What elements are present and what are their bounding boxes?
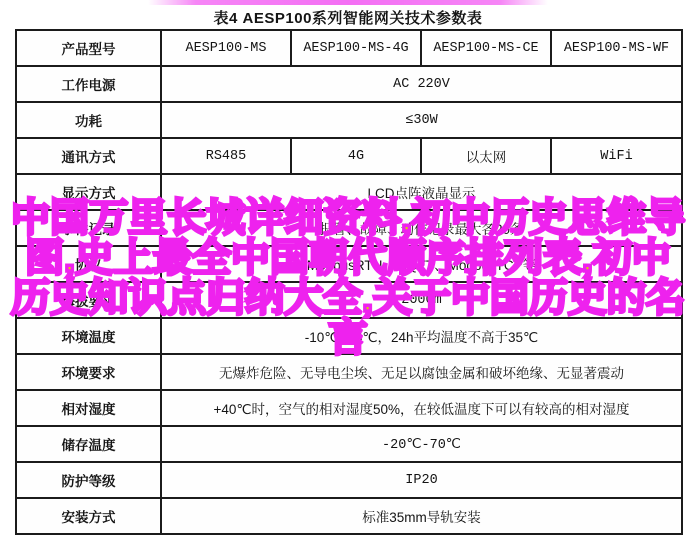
table-row: 显示方式 LCD点阵液晶显示 (16, 174, 682, 210)
spec-table: 产品型号 AESP100-MS AESP100-MS-4G AESP100-MS… (15, 29, 683, 535)
table-row: 安装方式 标准35mm导轨安装 (16, 498, 682, 534)
cell-value: AC 220V (161, 66, 682, 102)
table-row: 功耗 ≤30W (16, 102, 682, 138)
cell-value: 标准35mm导轨安装 (161, 498, 682, 534)
cell-value: ≤30W (161, 102, 682, 138)
cell-value: 4G (291, 138, 421, 174)
row-label: 工作电源 (16, 66, 161, 102)
cell-value: AESP100-MS-WF (551, 30, 682, 66)
cell-value: AESP100-MS-CE (421, 30, 551, 66)
cell-value: +40℃时，空气的相对湿度50%，在较低温度下可以有较高的相对湿度 (161, 390, 682, 426)
table-row: 相对湿度 +40℃时，空气的相对湿度50%，在较低温度下可以有较高的相对湿度 (16, 390, 682, 426)
table-row: 储存温度 -20℃-70℃ (16, 426, 682, 462)
row-label: 显示方式 (16, 174, 161, 210)
page-title: 表4 AESP100系列智能网关技术参数表 (0, 7, 696, 28)
cell-value: 以太网 (421, 138, 551, 174)
table-row: 环境温度 -10℃~45℃，24h平均温度不高于35℃ (16, 318, 682, 354)
table-row: 海拔要求 2000m (16, 282, 682, 318)
cell-value: 2000m (161, 282, 682, 318)
row-label: 事件记录 (16, 210, 161, 246)
cell-value: LCD点阵液晶显示 (161, 174, 682, 210)
cell-value: 报警、故障、动作记录最大各20条 (161, 210, 682, 246)
cell-value: AESP100-MS-4G (291, 30, 421, 66)
row-label: 环境温度 (16, 318, 161, 354)
row-label: 协议 (16, 246, 161, 282)
cell-value: IP20 (161, 462, 682, 498)
cell-value: WiFi (551, 138, 682, 174)
cell-value: RS485 (161, 138, 291, 174)
table-row: 产品型号 AESP100-MS AESP100-MS-4G AESP100-MS… (16, 30, 682, 66)
table-row: 事件记录 报警、故障、动作记录最大各20条 (16, 210, 682, 246)
cell-value: 无爆炸危险、无导电尘埃、无足以腐蚀金属和破坏绝缘、无显著震动 (161, 354, 682, 390)
row-label: 储存温度 (16, 426, 161, 462)
cell-value: -20℃-70℃ (161, 426, 682, 462)
table-row: 通讯方式 RS485 4G 以太网 WiFi (16, 138, 682, 174)
table-row: 协议 ModbusRTU、MQTT、ModbusTCP等 (16, 246, 682, 282)
watermark-top-cropped (148, 0, 548, 5)
row-label: 海拔要求 (16, 282, 161, 318)
row-label: 通讯方式 (16, 138, 161, 174)
table-row: 工作电源 AC 220V (16, 66, 682, 102)
row-label: 环境要求 (16, 354, 161, 390)
row-label: 防护等级 (16, 462, 161, 498)
table-row: 防护等级 IP20 (16, 462, 682, 498)
row-label: 功耗 (16, 102, 161, 138)
row-label: 相对湿度 (16, 390, 161, 426)
cell-value: ModbusRTU、MQTT、ModbusTCP等 (161, 246, 682, 282)
cell-value: AESP100-MS (161, 30, 291, 66)
cell-value: -10℃~45℃，24h平均温度不高于35℃ (161, 318, 682, 354)
table-row: 环境要求 无爆炸危险、无导电尘埃、无足以腐蚀金属和破坏绝缘、无显著震动 (16, 354, 682, 390)
row-label: 产品型号 (16, 30, 161, 66)
row-label: 安装方式 (16, 498, 161, 534)
